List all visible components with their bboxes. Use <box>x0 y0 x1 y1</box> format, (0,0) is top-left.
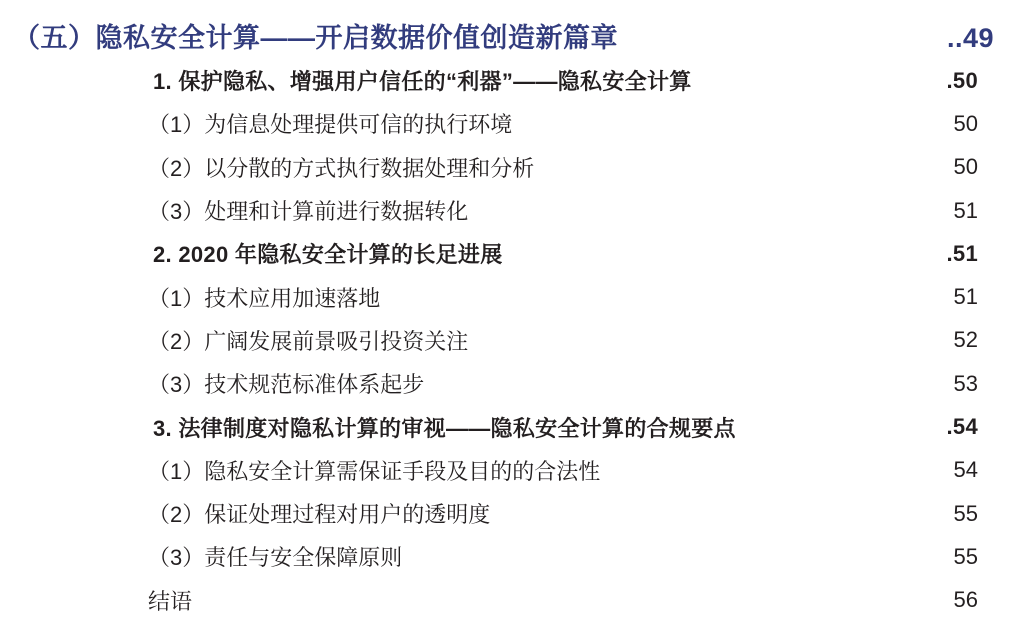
toc-entry-label: （3）处理和计算前进行数据转化 <box>148 195 468 226</box>
toc-entry-page-number: .51 <box>947 241 978 267</box>
toc-entry-label: 1. 保护隐私、增强用户信任的“利器”——隐私安全计算 <box>153 65 692 96</box>
toc-entry-label: （1）技术应用加速落地 <box>148 282 380 313</box>
toc-entry-label: （1）为信息处理提供可信的执行环境 <box>148 108 512 139</box>
toc-entry-page-number: 51 <box>954 284 978 310</box>
toc-entry-label: （1）隐私安全计算需保证手段及目的的合法性 <box>148 455 600 486</box>
toc-entry-page-number: 51 <box>954 198 978 224</box>
toc-entry-page-number: 50 <box>954 111 978 137</box>
toc-entry[interactable]: 1. 保护隐私、增强用户信任的“利器”——隐私安全计算 .50 <box>0 59 1024 102</box>
toc-entry-page-number: 55 <box>954 501 978 527</box>
toc-entry-page-number: 53 <box>954 371 978 397</box>
toc-section-row[interactable]: （五）隐私安全计算——开启数据价值创造新篇章 ..49 <box>0 16 1024 55</box>
toc-entry-label: （2）以分散的方式执行数据处理和分析 <box>148 152 534 183</box>
toc-entry-label: （3）技术规范标准体系起步 <box>148 368 424 399</box>
toc-entry[interactable]: 3. 法律制度对隐私计算的审视——隐私安全计算的合规要点 .54 <box>0 405 1024 448</box>
toc-page: （五）隐私安全计算——开启数据价值创造新篇章 ..49 1. 保护隐私、增强用户… <box>0 0 1024 637</box>
toc-entry[interactable]: （3）技术规范标准体系起步 53 <box>0 362 1024 405</box>
toc-entry-label: 结语 <box>148 585 192 616</box>
toc-entry-label: （2）保证处理过程对用户的透明度 <box>148 498 490 529</box>
toc-section-page-number: ..49 <box>947 23 994 54</box>
toc-entry-label: （3）责任与安全保障原则 <box>148 541 402 572</box>
toc-section-title: （五）隐私安全计算——开启数据价值创造新篇章 <box>13 16 618 55</box>
toc-entry[interactable]: （1）技术应用加速落地 51 <box>0 275 1024 318</box>
toc-entry-page-number: 54 <box>954 457 978 483</box>
toc-entry-page-number: 50 <box>954 154 978 180</box>
toc-entry-page-number: 55 <box>954 544 978 570</box>
toc-entry-label: 3. 法律制度对隐私计算的审视——隐私安全计算的合规要点 <box>153 412 736 443</box>
toc-entry[interactable]: （3）处理和计算前进行数据转化 51 <box>0 189 1024 232</box>
toc-entry[interactable]: （3）责任与安全保障原则 55 <box>0 535 1024 578</box>
toc-entry[interactable]: （2）以分散的方式执行数据处理和分析 50 <box>0 146 1024 189</box>
toc-list: 1. 保护隐私、增强用户信任的“利器”——隐私安全计算 .50 （1）为信息处理… <box>0 59 1024 622</box>
toc-entry-page-number: .50 <box>947 68 978 94</box>
toc-entry[interactable]: 2. 2020 年隐私安全计算的长足进展 .51 <box>0 232 1024 275</box>
toc-entry-label: （2）广阔发展前景吸引投资关注 <box>148 325 468 356</box>
toc-entry-page-number: 56 <box>954 587 978 613</box>
toc-entry[interactable]: 结语 56 <box>0 579 1024 622</box>
toc-entry-page-number: .54 <box>947 414 978 440</box>
toc-entry-page-number: 52 <box>954 327 978 353</box>
toc-entry-label: 2. 2020 年隐私安全计算的长足进展 <box>153 238 503 269</box>
toc-entry[interactable]: （1）隐私安全计算需保证手段及目的的合法性 54 <box>0 449 1024 492</box>
toc-entry[interactable]: （1）为信息处理提供可信的执行环境 50 <box>0 102 1024 145</box>
toc-entry[interactable]: （2）广阔发展前景吸引投资关注 52 <box>0 319 1024 362</box>
toc-entry[interactable]: （2）保证处理过程对用户的透明度 55 <box>0 492 1024 535</box>
